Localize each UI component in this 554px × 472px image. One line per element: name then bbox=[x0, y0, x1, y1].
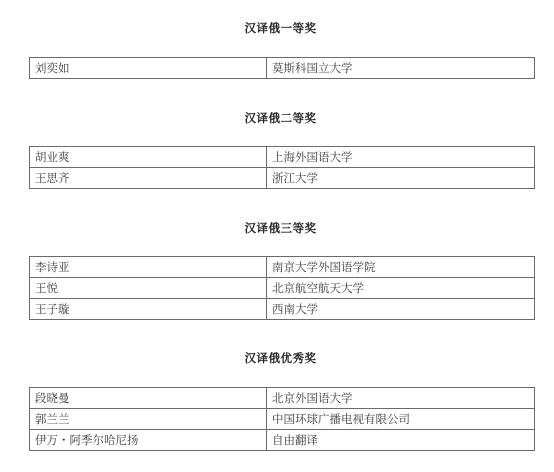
winner-name: 李诗亚 bbox=[30, 257, 267, 278]
winners-table: 胡业爽 上海外国语大学 王思齐 浙江大学 bbox=[29, 146, 535, 189]
winner-name: 王悦 bbox=[30, 278, 267, 299]
table-row: 段晓曼 北京外国语大学 bbox=[30, 388, 535, 409]
table-row: 王子璇 西南大学 bbox=[30, 299, 535, 320]
winner-organization: 莫斯科国立大学 bbox=[267, 58, 535, 79]
winner-organization: 自由翻译 bbox=[267, 430, 535, 451]
winner-name: 郭兰兰 bbox=[30, 409, 267, 430]
table-row: 郭兰兰 中国环球广播电视有限公司 bbox=[30, 409, 535, 430]
winner-name: 王子璇 bbox=[30, 299, 267, 320]
winner-name: 刘奕如 bbox=[30, 58, 267, 79]
winners-table: 段晓曼 北京外国语大学 郭兰兰 中国环球广播电视有限公司 伊万・阿季尔哈尼扬 自… bbox=[29, 387, 535, 451]
section-title: 汉译俄一等奖 bbox=[29, 20, 532, 36]
winner-name: 王思齐 bbox=[30, 168, 267, 189]
winner-organization: 上海外国语大学 bbox=[267, 147, 535, 168]
table-row: 王悦 北京航空航天大学 bbox=[30, 278, 535, 299]
table-row: 李诗亚 南京大学外国语学院 bbox=[30, 257, 535, 278]
winner-organization: 北京航空航天大学 bbox=[267, 278, 535, 299]
section-title: 汉译俄三等奖 bbox=[29, 220, 532, 236]
winner-organization: 北京外国语大学 bbox=[267, 388, 535, 409]
winner-organization: 西南大学 bbox=[267, 299, 535, 320]
winners-table: 李诗亚 南京大学外国语学院 王悦 北京航空航天大学 王子璇 西南大学 bbox=[29, 256, 535, 320]
table-row: 胡业爽 上海外国语大学 bbox=[30, 147, 535, 168]
winner-name: 胡业爽 bbox=[30, 147, 267, 168]
winner-name: 段晓曼 bbox=[30, 388, 267, 409]
winner-organization: 中国环球广播电视有限公司 bbox=[267, 409, 535, 430]
winners-table: 刘奕如 莫斯科国立大学 bbox=[29, 57, 535, 79]
winner-organization: 浙江大学 bbox=[267, 168, 535, 189]
table-row: 王思齐 浙江大学 bbox=[30, 168, 535, 189]
table-row: 伊万・阿季尔哈尼扬 自由翻译 bbox=[30, 430, 535, 451]
table-row: 刘奕如 莫斯科国立大学 bbox=[30, 58, 535, 79]
winner-name: 伊万・阿季尔哈尼扬 bbox=[30, 430, 267, 451]
section-title: 汉译俄优秀奖 bbox=[29, 350, 532, 366]
winner-organization: 南京大学外国语学院 bbox=[267, 257, 535, 278]
section-title: 汉译俄二等奖 bbox=[29, 110, 532, 126]
